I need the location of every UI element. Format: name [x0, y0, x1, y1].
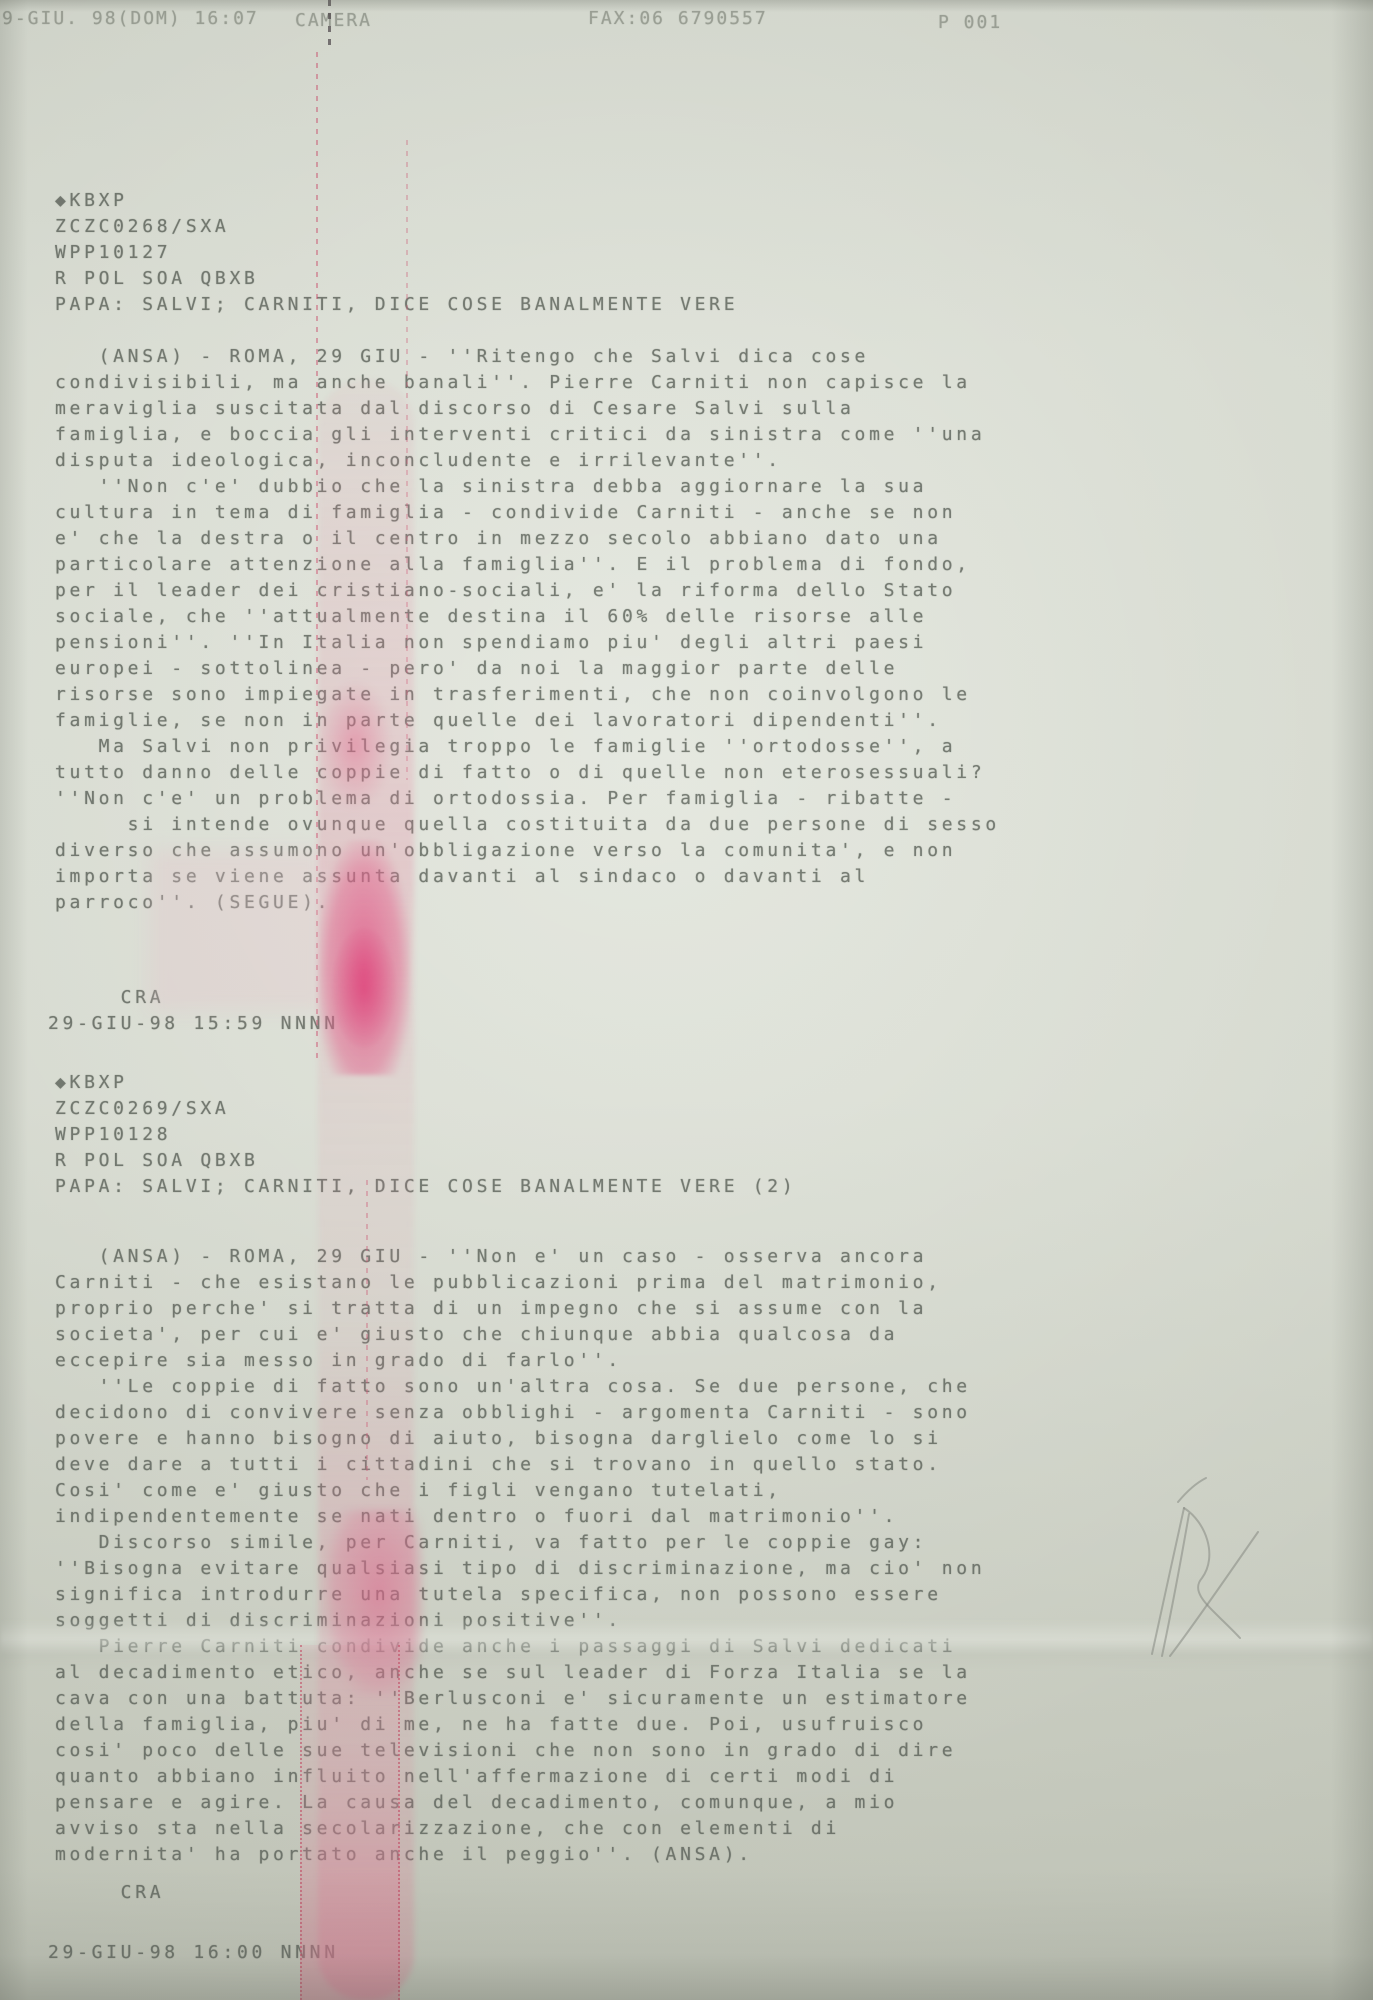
message1-body: (ANSA) - ROMA, 29 GIU - ''Ritengo che Sa…: [55, 344, 1000, 916]
fax-page-number: P 001: [938, 12, 1002, 33]
fax-number-stamp: FAX:06 6790557: [588, 8, 768, 29]
message2-signoff-time: 29-GIU-98 16:00 NNNN: [48, 1940, 339, 1966]
pencil-signature: [1118, 1468, 1288, 1678]
fax-datetime-stamp: 9-GIU. 98(DOM) 16:07: [2, 8, 259, 29]
message1-wire-header: ◆KBXP ZCZC0268/SXA WPP10127 R POL SOA QB…: [55, 188, 738, 318]
message1-signoff: CRA 29-GIU-98 15:59 NNNN: [48, 985, 339, 1037]
message2-signoff-author: CRA: [48, 1880, 164, 1906]
message2-body: (ANSA) - ROMA, 29 GIU - ''Non e' un caso…: [55, 1244, 985, 1868]
message2-wire-header: ◆KBXP ZCZC0269/SXA WPP10128 R POL SOA QB…: [55, 1070, 796, 1200]
scanned-fax-page: 9-GIU. 98(DOM) 16:07 CAMERA FAX:06 67905…: [0, 0, 1373, 2000]
fax-sender-id: CAMERA: [295, 10, 372, 31]
pink-blob-core: [332, 928, 396, 1048]
